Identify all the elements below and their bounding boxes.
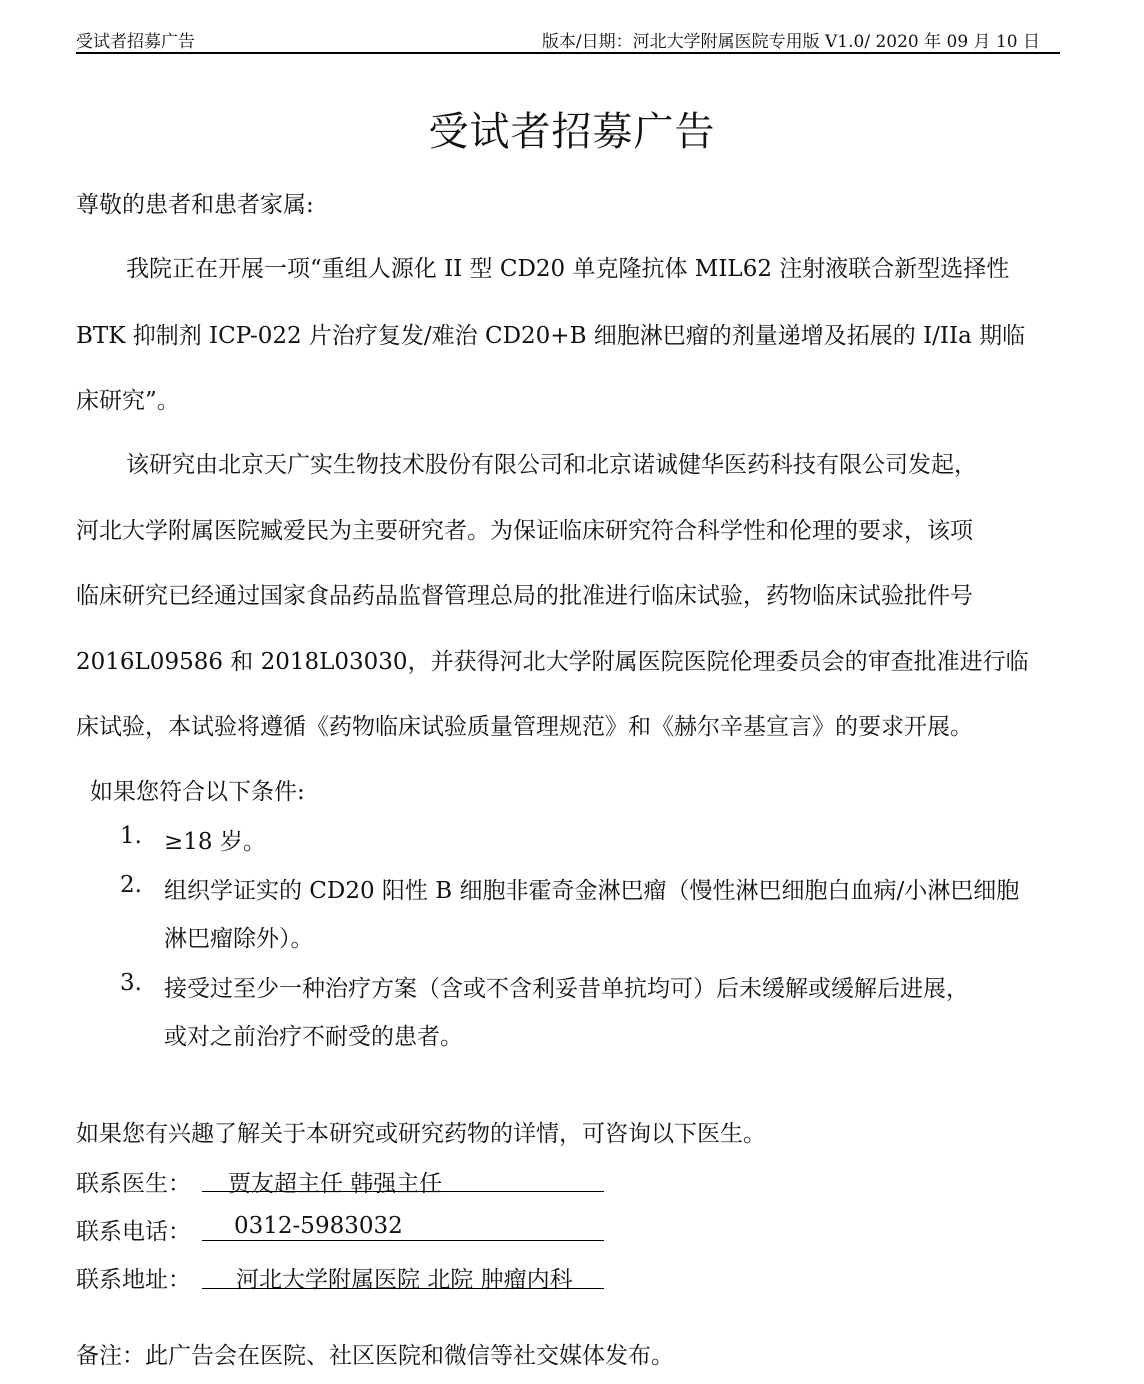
underline bbox=[202, 1191, 604, 1192]
criteria-text: ≥18 岁。 bbox=[164, 823, 266, 856]
paragraph-line: 河北大学附属医院臧爱民为主要研究者。为保证临床研究符合科学性和伦理的要求，该项 bbox=[76, 512, 973, 545]
criteria-text: 组织学证实的 CD20 阳性 B 细胞非霍奇金淋巴瘤（慢性淋巴细胞白血病/小淋巴… bbox=[164, 872, 1019, 905]
contact-address-value: 河北大学附属医院 北院 肿瘤内科 bbox=[236, 1261, 573, 1294]
paragraph-line: 我院正在开展一项“重组人源化 II 型 CD20 单克隆抗体 MIL62 注射液… bbox=[126, 250, 1009, 283]
contact-address-label: 联系地址： bbox=[76, 1261, 191, 1294]
contact-phone-label: 联系电话： bbox=[76, 1213, 191, 1246]
criteria-text: 淋巴瘤除外）。 bbox=[164, 920, 314, 953]
footnote: 备注：此广告会在医院、社区医院和微信等社交媒体发布。 bbox=[76, 1337, 674, 1370]
header-version-date: 版本/日期：河北大学附属医院专用版 V1.0/ 2020 年 09 月 10 日 bbox=[542, 27, 1040, 52]
paragraph-line: 临床研究已经通过国家食品药品监督管理总局的批准进行临床试验，药物临床试验批件号 bbox=[76, 577, 973, 610]
paragraph-line: 床试验，本试验将遵循《药物临床试验质量管理规范》和《赫尔辛基宣言》的要求开展。 bbox=[76, 708, 973, 741]
criteria-number: 3. bbox=[120, 970, 142, 996]
criteria-intro: 如果您符合以下条件: bbox=[90, 773, 305, 806]
criteria-number: 2. bbox=[120, 872, 142, 898]
underline bbox=[202, 1240, 604, 1241]
criteria-text: 接受过至少一种治疗方案（含或不含利妥昔单抗均可）后未缓解或缓解后进展， bbox=[164, 970, 969, 1003]
paragraph-line: BTK 抑制剂 ICP-022 片治疗复发/难治 CD20+B 细胞淋巴瘤的剂量… bbox=[76, 317, 1025, 350]
paragraph-line: 2016L09586 和 2018L03030，并获得河北大学附属医院医院伦理委… bbox=[76, 643, 1029, 676]
criteria-text: 或对之前治疗不耐受的患者。 bbox=[164, 1018, 463, 1051]
contact-doctor-label: 联系医生： bbox=[76, 1165, 191, 1198]
header-title: 受试者招募广告 bbox=[76, 27, 195, 52]
paragraph-line: 床研究”。 bbox=[76, 382, 180, 415]
document-title: 受试者招募广告 bbox=[0, 100, 1144, 157]
salutation: 尊敬的患者和患者家属: bbox=[76, 186, 314, 219]
page-header: 受试者招募广告 版本/日期：河北大学附属医院专用版 V1.0/ 2020 年 0… bbox=[76, 24, 1060, 54]
contact-intro: 如果您有兴趣了解关于本研究或研究药物的详情，可咨询以下医生。 bbox=[76, 1115, 766, 1148]
underline bbox=[202, 1288, 604, 1289]
contact-phone-value: 0312-5983032 bbox=[234, 1213, 403, 1239]
paragraph-line: 该研究由北京天广实生物技术股份有限公司和北京诺诚健华医药科技有限公司发起， bbox=[126, 446, 977, 479]
criteria-number: 1. bbox=[120, 823, 142, 849]
contact-doctor-value: 贾友超主任 韩强主任 bbox=[228, 1165, 442, 1198]
